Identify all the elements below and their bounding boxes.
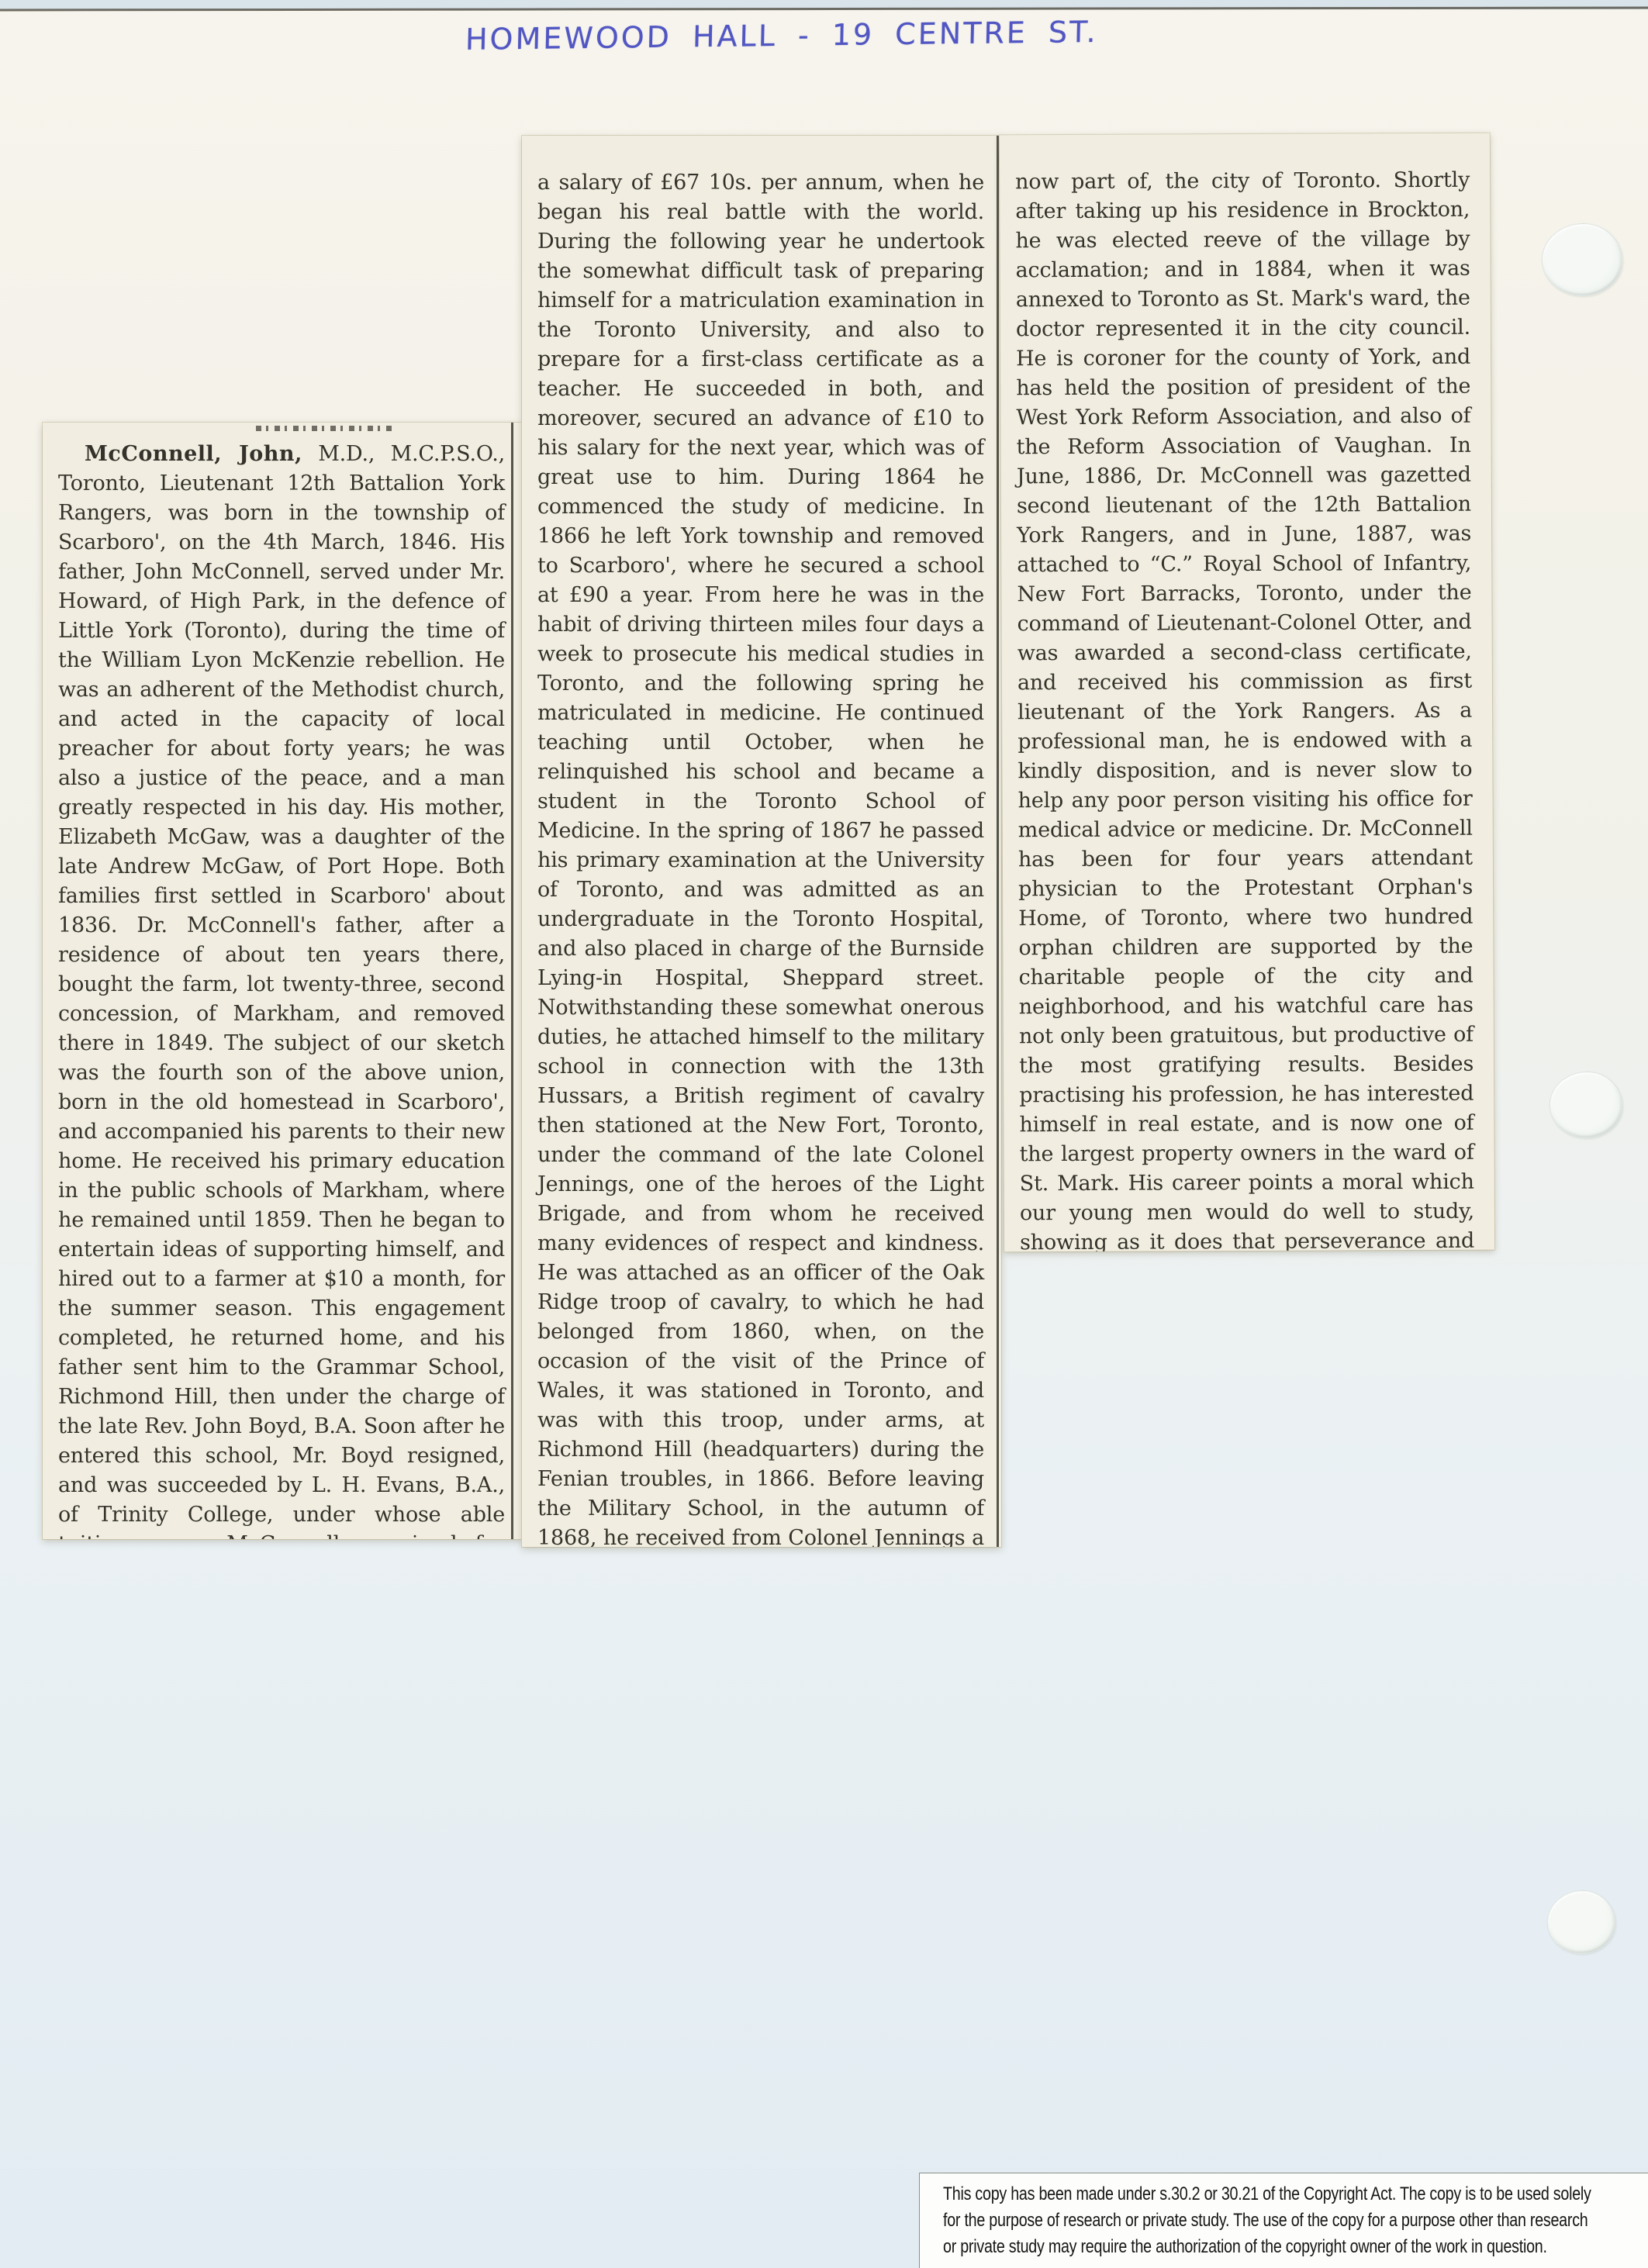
clipping-left-column: McConnell, John, M.D., M.C.P.S.O., Toron…: [43, 423, 522, 1539]
stain-mark: [1547, 1890, 1615, 1954]
stain-mark: [1542, 223, 1622, 296]
entry-name: McConnell, John,: [85, 442, 302, 466]
article-column-3: now part of, the city of Toronto. Shortl…: [1015, 166, 1476, 1252]
copyright-stamp-text: This copy has been made under s.30.2 or …: [943, 2181, 1648, 2260]
copyright-line-1: This copy has been made under s.30.2 or …: [943, 2181, 1648, 2208]
copyright-stamp: This copy has been made under s.30.2 or …: [919, 2173, 1648, 2268]
clipping-middle-column: a salary of £67 10s. per annum, when he …: [522, 136, 1001, 1547]
clipped-text-remnant: [256, 426, 392, 431]
scanned-document: { "scan": { "handwritten_title": "HOMEWO…: [0, 0, 1648, 2268]
article-column-1-text: M.D., M.C.P.S.O., Toronto, Lieutenant 12…: [58, 442, 505, 1539]
column-rule-middle: [997, 136, 999, 1547]
stain-mark: [1550, 1072, 1622, 1138]
article-column-2: a salary of £67 10s. per annum, when he …: [537, 168, 984, 1547]
clipping-right-column: now part of, the city of Toronto. Shortl…: [1000, 133, 1494, 1252]
article-column-1: McConnell, John, M.D., M.C.P.S.O., Toron…: [58, 440, 505, 1539]
copyright-line-3: or private study may require the authori…: [943, 2234, 1648, 2260]
copyright-line-2: for the purpose of research or private s…: [943, 2208, 1648, 2234]
column-rule-left: [511, 423, 513, 1539]
